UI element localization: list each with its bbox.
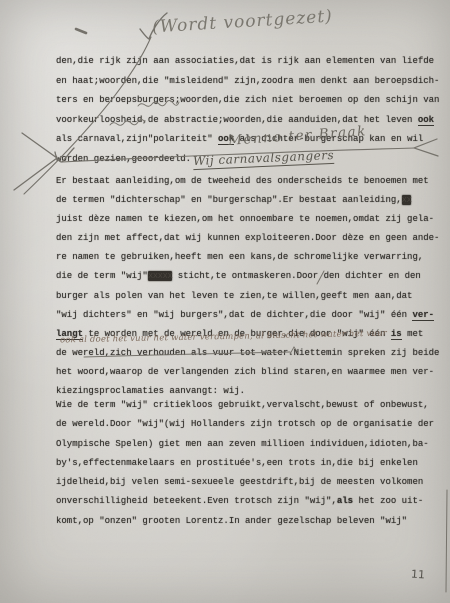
typed-line: den zijn met affect,dat wij kunnen explo… xyxy=(56,229,450,248)
typed-line: voorkeurloosheid,de abstractie;woorden,d… xyxy=(56,111,450,131)
left-margin-chevron xyxy=(14,133,57,190)
typed-line: Er bestaat aanleiding,om de tweeheid des… xyxy=(56,172,450,191)
typed-line: den,die rijk zijn aan associaties,dat is… xyxy=(56,52,450,72)
typed-paragraph-2: Er bestaat aanleiding,om de tweeheid des… xyxy=(56,172,450,401)
typed-line: ters en beroepsburgers;woorden,die zich … xyxy=(56,91,450,111)
manuscript-page: den,die rijk zijn aan associaties,dat is… xyxy=(0,0,450,603)
handwritten-page-number: 11 xyxy=(411,568,426,582)
handwritten-continuation-note: (Wordt voortgezet) xyxy=(152,6,334,37)
typed-line: onverschilligheid beteekent.Even trotsch… xyxy=(56,492,450,511)
typed-line: by's,effectenmakelaars en prostituée's,e… xyxy=(56,454,450,473)
typed-line: komt,op "onzen" grooten Lorentz.In ander… xyxy=(56,512,450,531)
typed-line: Olympische Spelen) giet men aan zeven mi… xyxy=(56,435,450,454)
typed-line: re namen te gebruiken,heeft men een kans… xyxy=(56,248,450,267)
typed-line: Wie de term "wij" critiekloos gebruikt,v… xyxy=(56,396,450,415)
typed-line: en haat;woorden,die "misleidend" zijn,zo… xyxy=(56,72,450,92)
typed-line: juist dèze namen te kiezen,om het onnoem… xyxy=(56,210,450,229)
typed-line: ijdelheid,bij velen semi-sexueele geestd… xyxy=(56,473,450,492)
typed-paragraph-3: Wie de term "wij" critiekloos gebruikt,v… xyxy=(56,396,450,531)
top-left-dash xyxy=(76,29,86,33)
typed-line: "wij dichters" en "wij burgers",dat de d… xyxy=(56,306,450,325)
typed-line: het woord,waarop de verlangenden zich bl… xyxy=(56,363,450,382)
typed-line: burger als polen van het leven te zien,t… xyxy=(56,287,450,306)
typed-line: die de term "wij"xxxxx sticht,te ontmask… xyxy=(56,267,450,286)
typed-line: de wereld.Door "wij"(wij Hollanders zijn… xyxy=(56,415,450,434)
typed-line: de wereld,zich verhouden als vuur tot wa… xyxy=(56,344,450,363)
typed-line: de termen "dichterschap" en "burgerschap… xyxy=(56,191,450,210)
